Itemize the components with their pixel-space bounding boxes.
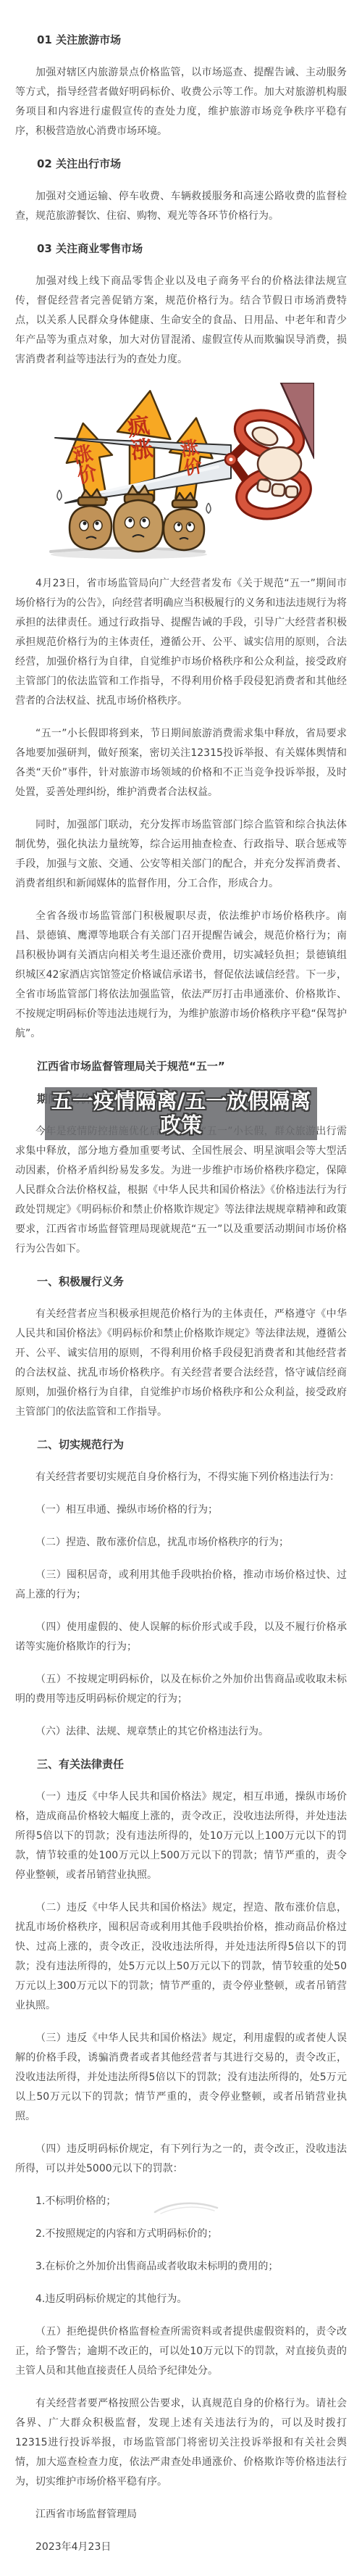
paragraph: 2023年4月23日 — [15, 2538, 347, 2557]
paragraph: 4月23日，省市场监管局向广大经营者发布《关于规范“五一”期间市场价格行为的公告… — [15, 574, 347, 711]
money-bag — [114, 486, 163, 552]
section-heading: 三、有关法律责任 — [15, 1755, 347, 1774]
paragraph: 有关经营者要严格按照公告要求，认真规范自身的价格行为。请社会各界、广大群众积极监… — [15, 2394, 347, 2492]
section-heading: 02 关注出行市场 — [15, 154, 347, 174]
paragraph: 加强对交通运输、停车收费、车辆救援服务和高速公路收费的监督检查，规范旅游餐饮、住… — [15, 187, 347, 226]
watermark-banner[interactable]: 五一疫情隔离/五一放假隔离政策 — [45, 1087, 317, 1140]
article-body: 01 关注旅游市场加强对辖区内旅游景点价格监管，以市场巡查、提醒告诫、主动服务等… — [15, 30, 347, 2557]
section-heading: 二、切实规范行为 — [15, 1435, 347, 1455]
paragraph: （六）法律、法规、规章禁止的其它价格违法行为。 — [15, 1722, 347, 1742]
paragraph: （三）违反《中华人民共和国价格法》规定，利用虚假的或者使人误解的价格手段，诱骗消… — [15, 2029, 347, 2127]
section-heading: 01 关注旅游市场 — [15, 30, 347, 50]
paragraph: （一）违反《中华人民共和国价格法》规定，相互串通，操纵市场价格，造成商品价格较大… — [15, 1787, 347, 1885]
paragraph: 同时，加强部门联动，充分发挥市场监管部门综合监管和综合执法体制优势，强化执法力量… — [15, 815, 347, 894]
decorative-swoosh — [153, 2199, 219, 2215]
price-cut-illustration: 涨价 疯涨 涨价 — [48, 383, 314, 561]
money-bag — [70, 489, 111, 549]
paragraph: 有关经营者应当积极承担规范价格行为的主体责任，严格遵守《中华人民共和国价格法》《… — [15, 1305, 347, 1422]
paragraph: 今年是疫情防控措施优化后的第一个“五一”小长假，群众旅游出行需求集中释放，部分地… — [15, 1122, 347, 1259]
paragraph: （五）不按规定明码标价，以及在标价之外加价出售商品或收取未标明的费用等违反明码标… — [15, 1670, 347, 1709]
money-bag — [164, 493, 204, 550]
paragraph: （一）相互串通、操纵市场价格的行为； — [15, 1500, 347, 1520]
paragraph: 4.违反明码标价规定的其他行为。 — [15, 2290, 347, 2309]
paragraph: 全省各级市场监管部门积极履职尽责，依法维护市场价格秩序。南昌、景德镇、鹰潭等地联… — [15, 907, 347, 1044]
paragraph: 加强对辖区内旅游景点价格监管，以市场巡查、提醒告诫、主动服务等方式，指导经营者做… — [15, 63, 347, 141]
paragraph: 江西省市场监督管理局 — [15, 2505, 347, 2525]
paragraph: 2.不按照规定的内容和方式明码标价的； — [15, 2224, 347, 2244]
paragraph: （四）使用虚假的、使人误解的标价形式或手段，以及不履行价格承诺等实施价格欺诈的行… — [15, 1618, 347, 1657]
section-heading: 一、积极履行义务 — [15, 1272, 347, 1292]
section-heading: 03 关注商业零售市场 — [15, 239, 347, 259]
paragraph: （二）违反《中华人民共和国价格法》规定，捏造、散布涨价信息，扰乱市场价格秩序，囤… — [15, 1898, 347, 2016]
article: 01 关注旅游市场加强对辖区内旅游景点价格监管，以市场巡查、提醒告诫、主动服务等… — [0, 0, 362, 2576]
paragraph: （二）捏造、散布涨价信息，扰乱市场价格秩序的行为； — [15, 1533, 347, 1553]
paragraph: 有关经营者要切实规范自身价格行为，不得实施下列价格违法行为： — [15, 1468, 347, 1487]
paragraph: 3.在标价之外加价出售商品或者收取未标明的费用的； — [15, 2257, 347, 2277]
paragraph: “五一”小长假即将到来，节日期间旅游消费需求集中释放，省局要求各地要加强研判，做… — [15, 724, 347, 802]
paragraph: （四）违反明码标价规定，有下列行为之一的，责令改正，没收违法所得，可以并处500… — [15, 2140, 347, 2179]
paragraph: （三）囤积居奇，或利用其他手段哄抬价格，推动市场价格过快、过高上涨的行为； — [15, 1566, 347, 1605]
paragraph: 加强对线上线下商品零售企业以及电子商务平台的价格法律法规宣传，督促经营者完善促销… — [15, 272, 347, 370]
section-heading: 江西省市场监督管理局关于规范“五一” — [15, 1057, 347, 1076]
paragraph: （五）拒绝提供价格监督检查所需资料或者提供虚假资料的，责令改正，给予警告；逾期不… — [15, 2322, 347, 2381]
